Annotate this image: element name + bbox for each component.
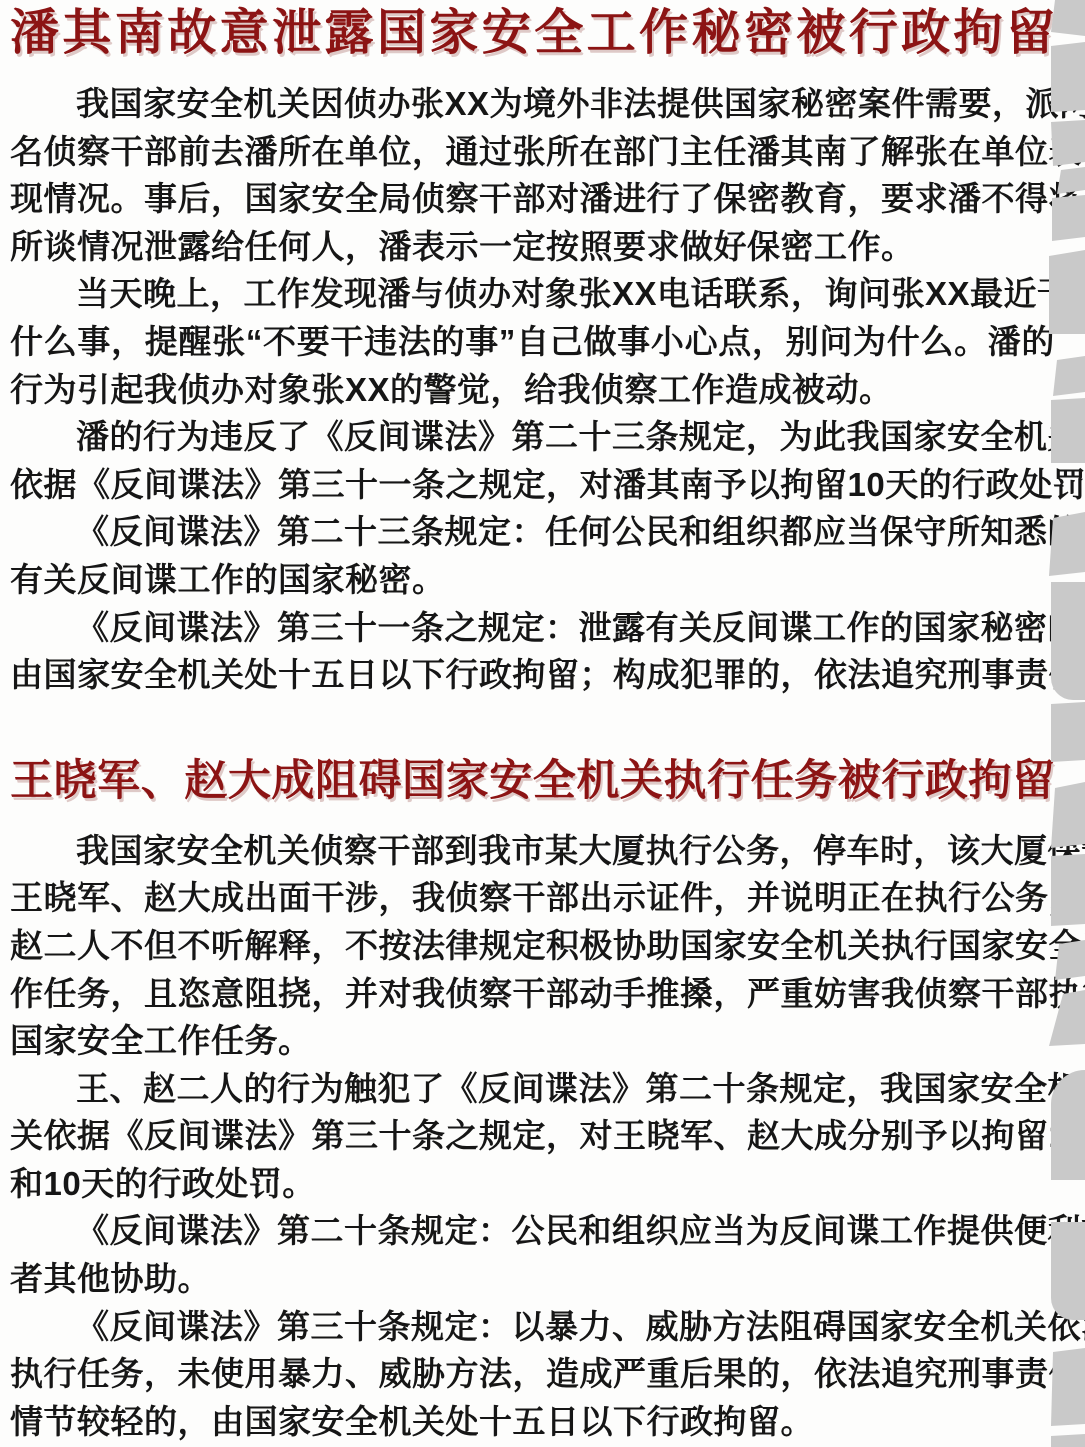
text-line: 名侦察干部前去潘所在单位，通过张所在部门主任潘其南了解张在单位表 xyxy=(10,128,1055,176)
text-line: 《反间谍法》第二十条规定：公民和组织应当为反间谍工作提供便利或 xyxy=(10,1207,1055,1255)
text-line: 所谈情况泄露给任何人，潘表示一定按照要求做好保密工作。 xyxy=(10,223,1055,271)
text-line: 行为引起我侦办对象张XX的警觉，给我侦察工作造成被动。 xyxy=(10,366,1055,414)
case-section-1: 潘其南故意泄露国家安全工作秘密被行政拘留 我国家安全机关因侦办张XX为境外非法提… xyxy=(10,4,1055,699)
text-line: 情节较轻的，由国家安全机关处十五日以下行政拘留。 xyxy=(10,1398,1055,1446)
text-line: 作任务，且恣意阻挠，并对我侦察干部动手推搡，严重妨害我侦察干部执行 xyxy=(10,970,1055,1018)
text-line: 执行任务，未使用暴力、威胁方法，造成严重后果的，依法追究刑事责任； xyxy=(10,1350,1055,1398)
text-line: 国家安全工作任务。 xyxy=(10,1017,1055,1065)
text-line: 我国家安全机关侦察干部到我市某大厦执行公务，停车时，该大厦保安 xyxy=(10,827,1055,875)
text-line: 王晓军、赵大成出面干涉，我侦察干部出示证件，并说明正在执行公务，王、 xyxy=(10,874,1055,922)
text-line: 依据《反间谍法》第三十一条之规定，对潘其南予以拘留10天的行政处罚。 xyxy=(10,461,1055,509)
text-line: 潘的行为违反了《反间谍法》第二十三条规定，为此我国家安全机关 xyxy=(10,413,1055,461)
text-line: 《反间谍法》第三十一条之规定：泄露有关反间谍工作的国家秘密的， xyxy=(10,604,1055,652)
case-1-headline: 潘其南故意泄露国家安全工作秘密被行政拘留 xyxy=(10,4,1055,62)
text-line: 由国家安全机关处十五日以下行政拘留；构成犯罪的，依法追究刑事责任。 xyxy=(10,651,1055,699)
text-line: 现情况。事后，国家安全局侦察干部对潘进行了保密教育，要求潘不得将 xyxy=(10,175,1055,223)
document-page: 潘其南故意泄露国家安全工作秘密被行政拘留 我国家安全机关因侦办张XX为境外非法提… xyxy=(0,0,1085,1447)
text-line: 当天晚上，工作发现潘与侦办对象张XX电话联系，询问张XX最近干了 xyxy=(10,270,1055,318)
case-2-body: 我国家安全机关侦察干部到我市某大厦执行公务，停车时，该大厦保安王晓军、赵大成出面… xyxy=(10,827,1055,1446)
text-line: 关依据《反间谍法》第三十条之规定，对王晓军、赵大成分别予以拘留15天 xyxy=(10,1112,1055,1160)
text-line: 和10天的行政处罚。 xyxy=(10,1160,1055,1208)
text-line: 赵二人不但不听解释，不按法律规定积极协助国家安全机关执行国家安全工 xyxy=(10,922,1055,970)
text-line: 《反间谍法》第二十三条规定：任何公民和组织都应当保守所知悉的 xyxy=(10,508,1055,556)
document-content: 潘其南故意泄露国家安全工作秘密被行政拘留 我国家安全机关因侦办张XX为境外非法提… xyxy=(0,0,1085,1447)
text-line: 有关反间谍工作的国家秘密。 xyxy=(10,556,1055,604)
text-line: 《反间谍法》第三十条规定：以暴力、威胁方法阻碍国家安全机关依法 xyxy=(10,1303,1055,1351)
text-line: 我国家安全机关因侦办张XX为境外非法提供国家秘密案件需要，派两 xyxy=(10,80,1055,128)
case-1-body: 我国家安全机关因侦办张XX为境外非法提供国家秘密案件需要，派两名侦察干部前去潘所… xyxy=(10,80,1055,699)
case-section-2: 王晓军、赵大成阻碍国家安全机关执行任务被行政拘留 我国家安全机关侦察干部到我市某… xyxy=(10,753,1055,1446)
case-2-headline: 王晓军、赵大成阻碍国家安全机关执行任务被行政拘留 xyxy=(10,753,1055,809)
text-line: 者其他协助。 xyxy=(10,1255,1055,1303)
text-line: 什么事，提醒张“不要干违法的事”自己做事小心点，别问为什么。潘的 xyxy=(10,318,1055,366)
text-line: 王、赵二人的行为触犯了《反间谍法》第二十条规定，我国家安全机 xyxy=(10,1065,1055,1113)
